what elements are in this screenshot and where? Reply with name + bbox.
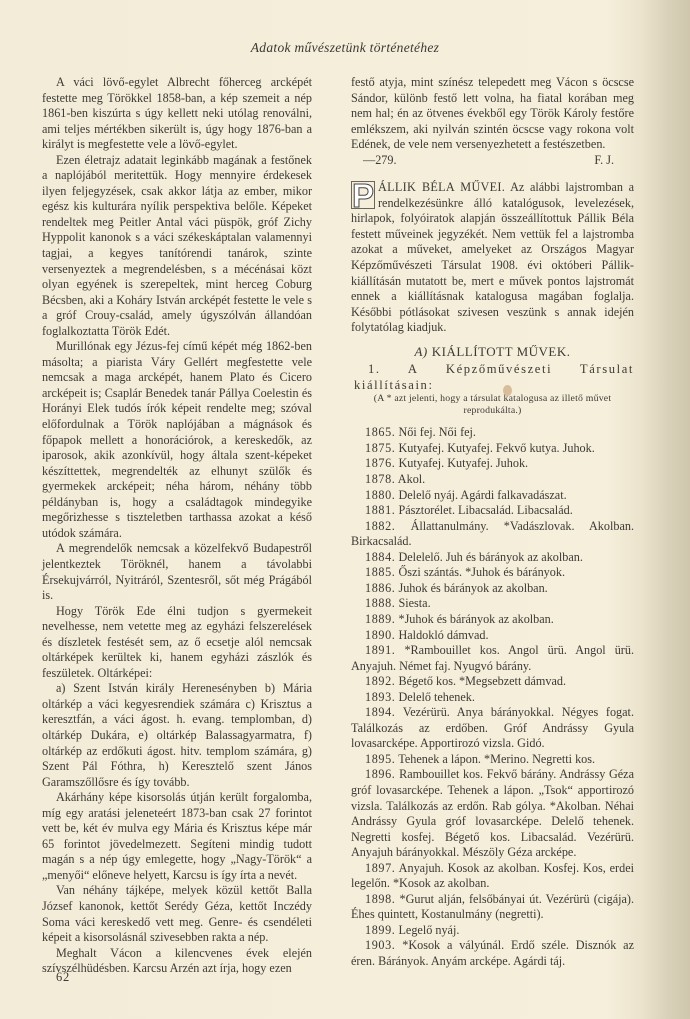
works: Őszi szántás. *Juhok és bárányok. bbox=[398, 565, 565, 579]
paragraph: Akárhány képe kisorsolás útján került fo… bbox=[42, 790, 312, 883]
year: 1899. bbox=[365, 923, 395, 937]
entry-signature-row: —279. F. J. bbox=[351, 153, 634, 169]
works: Delelelő. Juh és bárányok az akolban. bbox=[398, 550, 582, 564]
reproduction-note: (A * azt jelenti, hogy a társulat katalo… bbox=[351, 393, 634, 417]
list-item: 1893. Delelő tehenek. bbox=[351, 690, 634, 706]
works: Női fej. Női fej. bbox=[398, 425, 476, 439]
paragraph: Meghalt Vácon a kilencvenes évek elején … bbox=[42, 946, 312, 977]
article-title: ÁLLIK BÉLA MŰVEI. bbox=[378, 180, 505, 194]
works: Legelő nyáj. bbox=[398, 923, 459, 937]
year: 1882. bbox=[365, 519, 395, 533]
list-item: 1889. *Juhok és bárányok az akolban. bbox=[351, 612, 634, 628]
list-item: 1890. Haldokló dámvad. bbox=[351, 628, 634, 644]
list-item: 1881. Pásztorélet. Libacsalád. Libacsalá… bbox=[351, 503, 634, 519]
works: Kutyafej. Kutyafej. Fekvő kutya. Juhok. bbox=[398, 441, 594, 455]
altar-list-paragraph: a) Szent István király Herenesényben b) … bbox=[42, 681, 312, 790]
list-item: 1891. *Rambouillet kos. Angol ürü. Angol… bbox=[351, 643, 634, 674]
left-column: A váci lövő-egylet Albrecht főherceg arc… bbox=[42, 75, 312, 977]
list-item: 1888. Siesta. bbox=[351, 596, 634, 612]
list-item: 1865. Női fej. Női fej. bbox=[351, 425, 634, 441]
year: 1865. bbox=[365, 425, 395, 439]
entry-number: —279. bbox=[363, 153, 397, 169]
list-item: 1898. *Gurut alján, felsőbányai út. Vezé… bbox=[351, 892, 634, 923]
dropcap-letter: P bbox=[351, 181, 375, 209]
works: *Juhok és bárányok az akolban. bbox=[398, 612, 553, 626]
list-item: 1899. Legelő nyáj. bbox=[351, 923, 634, 939]
year: 1884. bbox=[365, 550, 395, 564]
author-signature: F. J. bbox=[594, 153, 614, 169]
article-body: Az alábbi lajstromban a rendelkezésünkre… bbox=[351, 180, 634, 334]
year: 1898. bbox=[365, 892, 395, 906]
paragraph: Ezen életrajz adatait leginkább magának … bbox=[42, 153, 312, 340]
year: 1895. bbox=[365, 752, 395, 766]
year: 1888. bbox=[365, 596, 395, 610]
works: Bégető kos. *Megsebzett dámvad. bbox=[398, 674, 566, 688]
year: 1894. bbox=[365, 705, 395, 719]
list-item: 1886. Juhok és bárányok az akolban. bbox=[351, 581, 634, 597]
article-intro: PÁLLIK BÉLA MŰVEI. Az alábbi lajstromban… bbox=[351, 180, 634, 335]
list-item: 1897. Anyajuh. Kosok az akolban. Kosfej.… bbox=[351, 861, 634, 892]
works: Juhok és bárányok az akolban. bbox=[398, 581, 547, 595]
year: 1880. bbox=[365, 488, 395, 502]
year: 1885. bbox=[365, 565, 395, 579]
subsection-heading: 1. A Képzőművészeti Társulat kiállításai… bbox=[351, 362, 634, 393]
year: 1893. bbox=[365, 690, 395, 704]
works: Tehenek a lápon. *Merino. Negretti kos. bbox=[398, 752, 595, 766]
works: Pásztorélet. Libacsalád. Libacsalád. bbox=[398, 503, 572, 517]
list-item: 1878. Akol. bbox=[351, 472, 634, 488]
list-item: 1894. Vezérürü. Anya bárányokkal. Négyes… bbox=[351, 705, 634, 752]
paragraph: Hogy Török Ede élni tudjon s gyermekeit … bbox=[42, 604, 312, 682]
list-item: 1896. Rambouillet kos. Fekvő bárány. And… bbox=[351, 767, 634, 860]
year: 1897. bbox=[365, 861, 395, 875]
year: 1886. bbox=[365, 581, 395, 595]
year: 1903. bbox=[365, 938, 395, 952]
list-item: 1903. *Kosok a vályúnál. Erdő széle. Dis… bbox=[351, 938, 634, 969]
section-heading: A)KIÁLLÍTOTT MŰVEK. bbox=[351, 344, 634, 360]
section-title: KIÁLLÍTOTT MŰVEK. bbox=[432, 344, 571, 359]
year: 1891. bbox=[365, 643, 395, 657]
paragraph: Van néhány tájképe, melyek közül kettőt … bbox=[42, 883, 312, 945]
works-list: 1865. Női fej. Női fej. 1875. Kutyafej. … bbox=[351, 425, 634, 969]
list-item: 1880. Delelő nyáj. Agárdi falkavadászat. bbox=[351, 488, 634, 504]
list-item: 1892. Bégető kos. *Megsebzett dámvad. bbox=[351, 674, 634, 690]
year: 1896. bbox=[365, 767, 395, 781]
year: 1881. bbox=[365, 503, 395, 517]
year: 1890. bbox=[365, 628, 395, 642]
works: Haldokló dámvad. bbox=[398, 628, 488, 642]
year: 1878. bbox=[365, 472, 395, 486]
works: Siesta. bbox=[398, 596, 430, 610]
section-letter: A) bbox=[414, 344, 427, 359]
right-column: festő atyja, mint színész telepedett meg… bbox=[351, 75, 634, 970]
list-item: 1885. Őszi szántás. *Juhok és bárányok. bbox=[351, 565, 634, 581]
list-item: 1876. Kutyafej. Kutyafej. Juhok. bbox=[351, 456, 634, 472]
paragraph: A megrendelők nemcsak a közelfekvő Budap… bbox=[42, 541, 312, 603]
year: 1876. bbox=[365, 456, 395, 470]
works: Kutyafej. Kutyafej. Juhok. bbox=[398, 456, 528, 470]
running-head: Adatok művészetünk történetéhez bbox=[0, 40, 690, 56]
continuation-paragraph: festő atyja, mint színész telepedett meg… bbox=[351, 75, 634, 153]
list-item: 1895. Tehenek a lápon. *Merino. Negretti… bbox=[351, 752, 634, 768]
works: Akol. bbox=[398, 472, 425, 486]
works: Delelő tehenek. bbox=[398, 690, 474, 704]
paper-stain bbox=[503, 385, 512, 396]
list-item: 1875. Kutyafej. Kutyafej. Fekvő kutya. J… bbox=[351, 441, 634, 457]
list-item: 1882. Állattanulmány. *Vadászlovak. Akol… bbox=[351, 519, 634, 550]
paragraph: Murillónak egy Jézus-fej című képét még … bbox=[42, 339, 312, 541]
page-number: 62 bbox=[56, 970, 70, 985]
paragraph: A váci lövő-egylet Albrecht főherceg arc… bbox=[42, 75, 312, 153]
works: Delelő nyáj. Agárdi falkavadászat. bbox=[398, 488, 566, 502]
year: 1875. bbox=[365, 441, 395, 455]
year: 1892. bbox=[365, 674, 395, 688]
list-item: 1884. Delelelő. Juh és bárányok az akolb… bbox=[351, 550, 634, 566]
year: 1889. bbox=[365, 612, 395, 626]
